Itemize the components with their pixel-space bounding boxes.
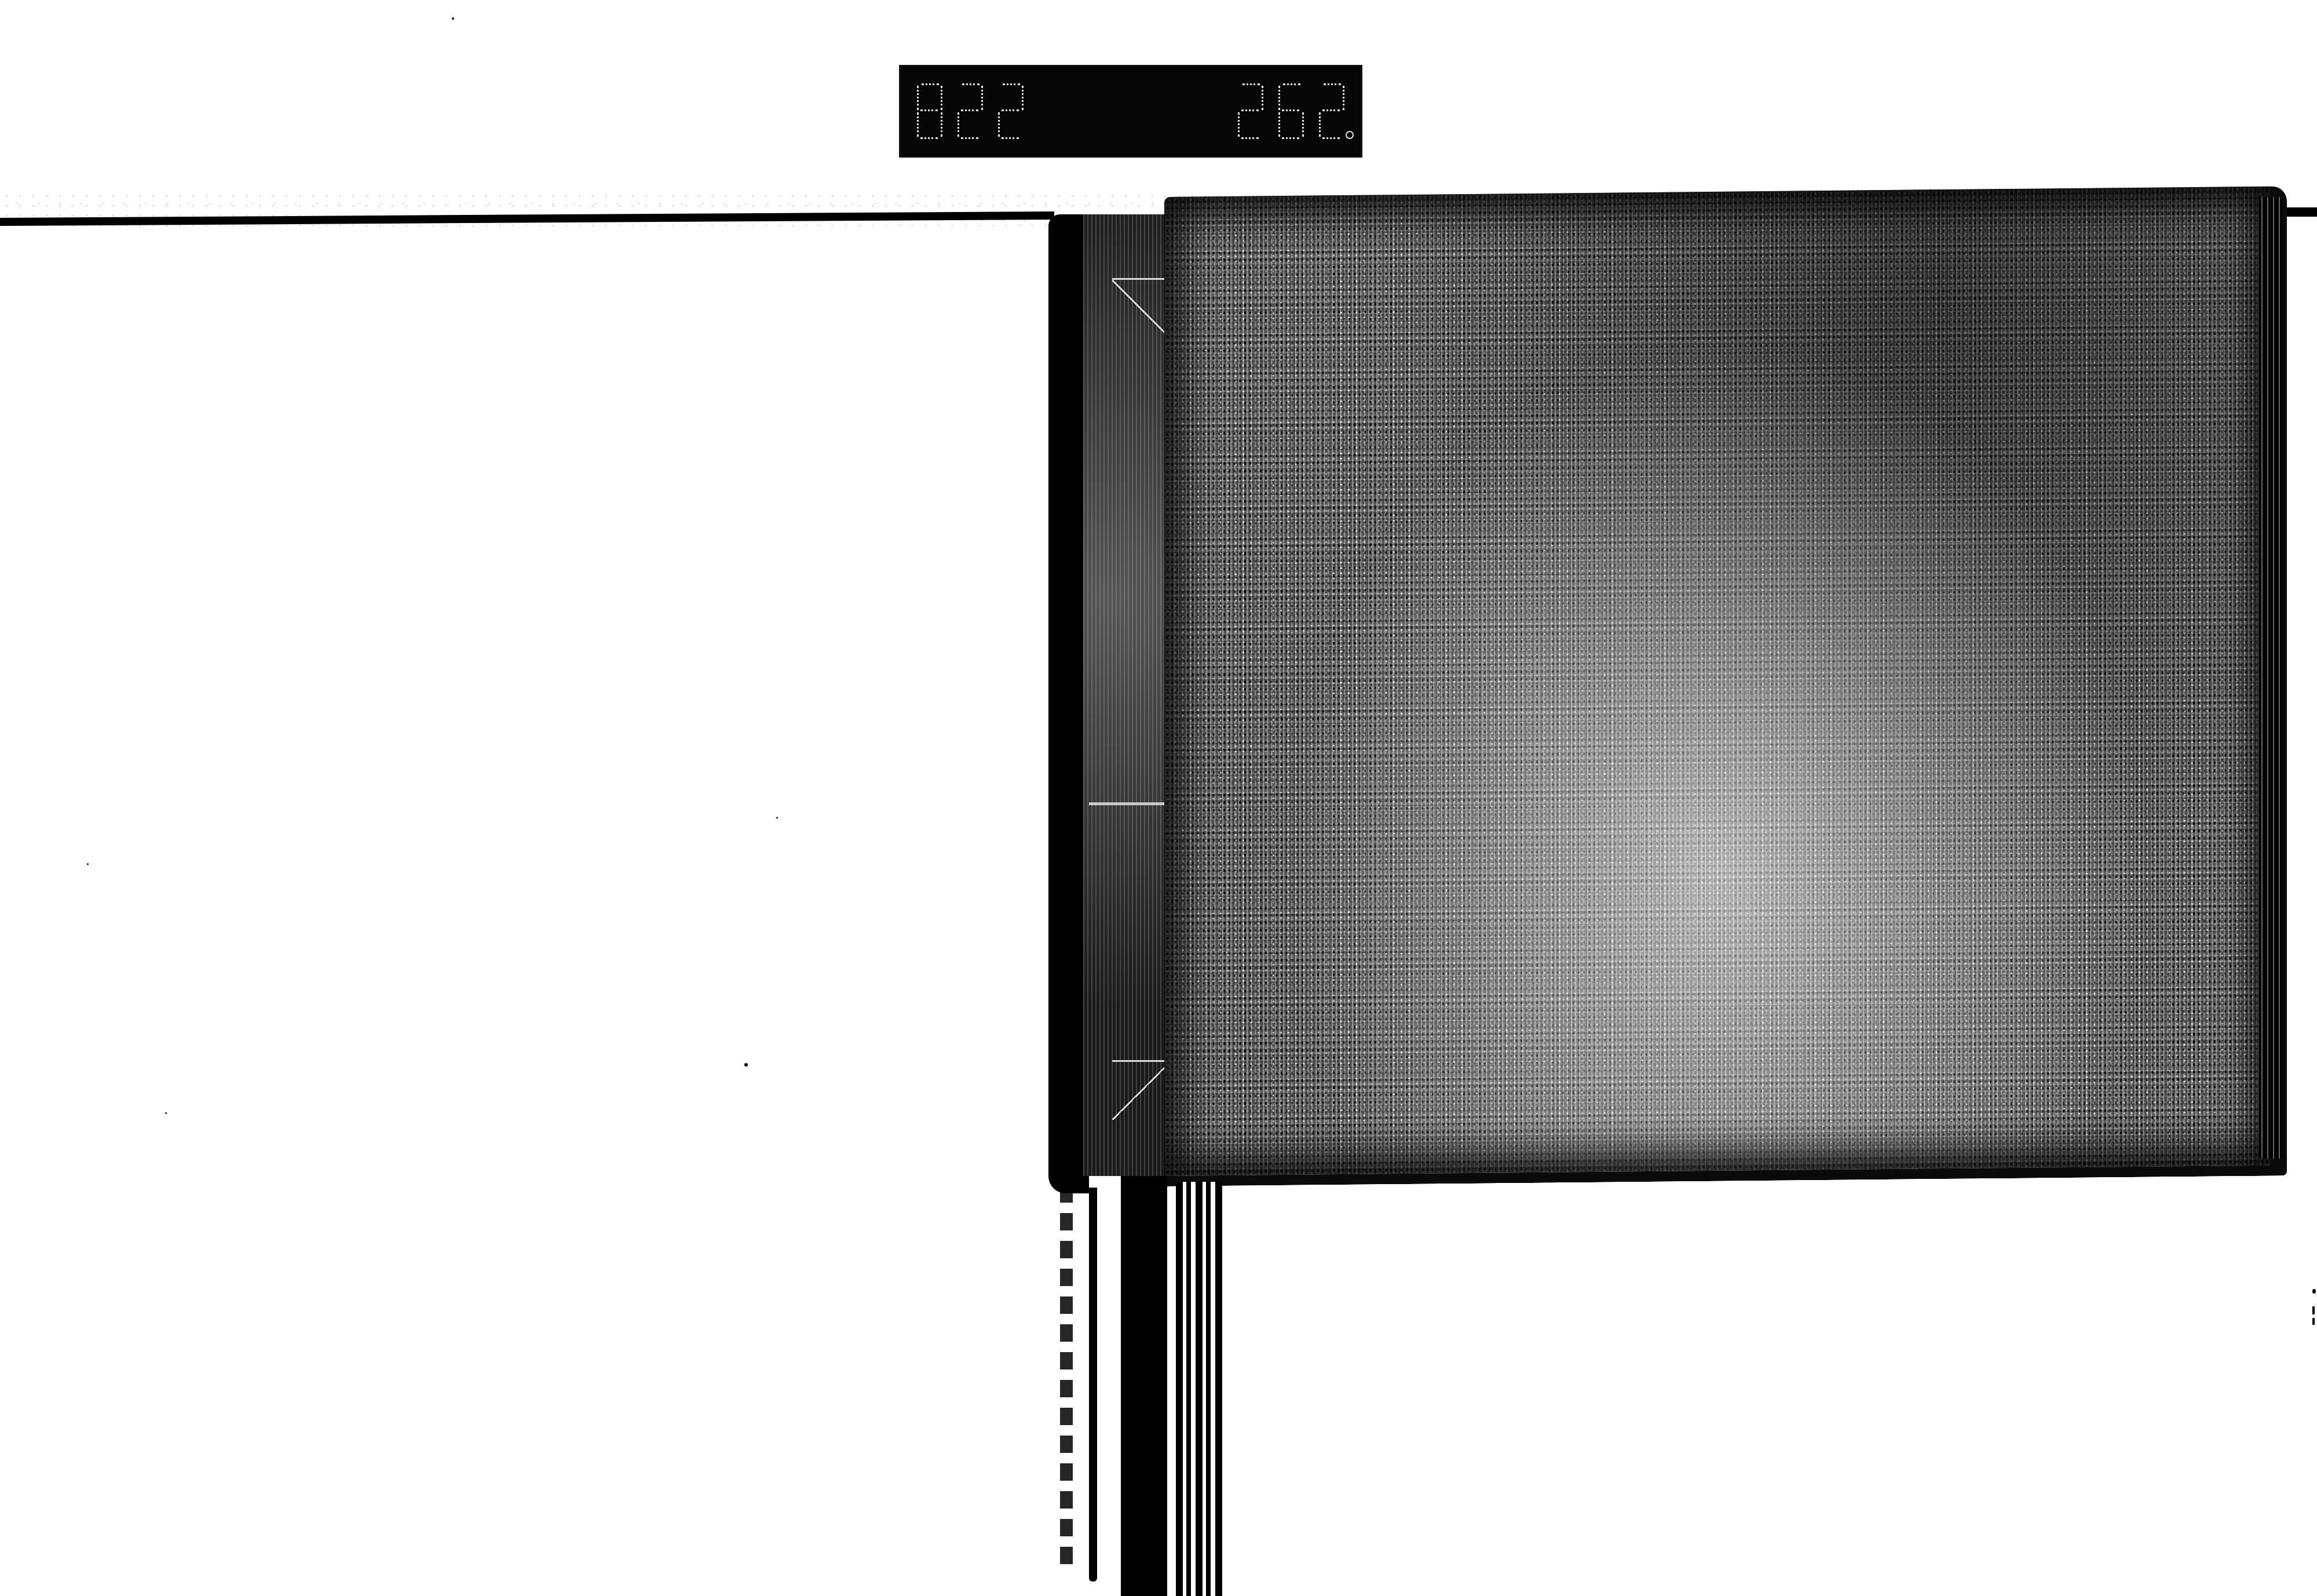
digit-2: [1319, 83, 1344, 139]
frame-counter-label: 822 262: [899, 65, 1362, 158]
book: [1048, 197, 2282, 1182]
scan-speck: [2312, 1289, 2316, 1294]
counter-left-number: 822: [917, 83, 1024, 139]
spine-corner-triangle-bottom: [1112, 1060, 1170, 1120]
scan-speck: [452, 17, 454, 20]
scan-speck: [776, 817, 778, 819]
book-cover: [1164, 186, 2287, 1186]
spine-divider: [1089, 802, 1170, 805]
digit-2: [958, 83, 983, 139]
lower-page-edges: [1176, 1182, 1222, 1596]
digit-6: [1278, 83, 1304, 139]
lower-binding-edge: [1089, 1188, 1097, 1582]
book-spine: [1083, 214, 1176, 1176]
scan-speck: [2312, 1306, 2315, 1314]
digit-2: [998, 83, 1024, 139]
book-fore-edge: [2259, 197, 2282, 1159]
lower-spine-block: [1121, 1176, 1167, 1596]
scan-speck: [165, 1112, 167, 1114]
spine-corner-triangle-top: [1112, 278, 1170, 338]
digit-2: [1238, 83, 1263, 139]
scan-speck: [87, 863, 89, 865]
decimal-point: [1346, 131, 1354, 139]
digit-8: [917, 83, 942, 139]
counter-right-number: 262 .: [1238, 83, 1344, 139]
scan-speck: [2312, 1318, 2315, 1325]
scan-speck: [744, 1063, 748, 1067]
scan-page: 822 262: [0, 0, 2317, 1596]
lower-binding-fragment: [1060, 1182, 1073, 1564]
